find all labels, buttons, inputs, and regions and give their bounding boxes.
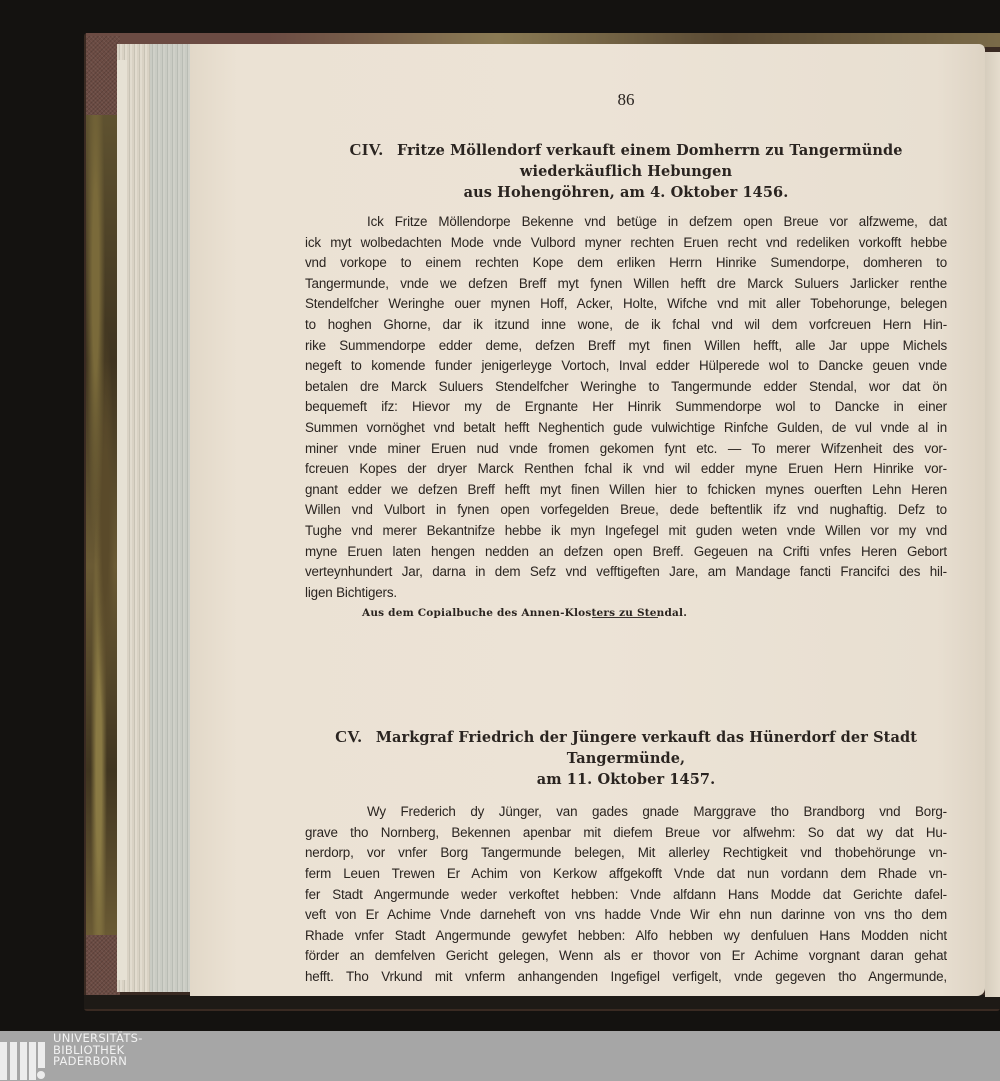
text-line: Tughe vnd merer Bekantnifze hebbe ik myn… <box>305 521 947 542</box>
text-line: Ick Fritze Möllendorpe Bekenne vnd betüg… <box>305 212 947 233</box>
text-line: ick myt wolbedachten Mode vnde Vulbord m… <box>305 233 947 254</box>
text-line: Wy Frederich dy Jünger, van gades gnade … <box>305 802 947 823</box>
text-line: fer Stadt Angermunde weder verkoftet heb… <box>305 885 947 906</box>
logo-line3: PADERBORN <box>53 1056 143 1068</box>
section-civ-title-line1: Fritze Möllendorf verkauft einem Domherr… <box>397 142 903 180</box>
text-line: nerdorp, vor vnfer Borg Tangermunde bele… <box>305 843 947 864</box>
text-line: Summen vornöghet vnd betalt hefft Neghen… <box>305 418 947 439</box>
section-civ-numeral: CIV. <box>349 140 383 159</box>
section-divider <box>592 617 658 618</box>
library-logo-dot <box>37 1071 45 1079</box>
section-cv-text: Wy Frederich dy Jünger, van gades gnade … <box>305 802 947 987</box>
text-line: Tangermunde, vnde we defzen Breff myt fy… <box>305 274 947 295</box>
text-line: to hoghen Ghorne, dar ik itzund inne won… <box>305 315 947 336</box>
text-line: negeft to komende funder jenigerleyge Vo… <box>305 356 947 377</box>
text-line: bequemeft ifz: Hievor my de Ergnante Her… <box>305 397 947 418</box>
section-cv-title-line2: am 11. Oktober 1457. <box>537 771 716 788</box>
text-line: förder an demfelven Gericht gelegen, Wen… <box>305 946 947 967</box>
text-line: Willen vnd Vulbort in fynen open vorfege… <box>305 500 947 521</box>
text-line: rike Summendorpe edder deme, defzen Bref… <box>305 336 947 357</box>
text-line: vnd vorkope to einem rechten Kope dem er… <box>305 253 947 274</box>
footer-bar <box>0 1031 1000 1081</box>
text-line: verteynhundert Jar, darna in dem Sefz vn… <box>305 562 947 583</box>
page-number: 86 <box>305 90 947 114</box>
text-line: fcreuen Kopes der dryer Marck Renthen fc… <box>305 459 947 480</box>
text-line: gnant edder we defzen Breff hefft myt fi… <box>305 480 947 501</box>
text-line: ligen Bichtigers. <box>305 583 947 604</box>
text-line: Stendelfcher Weringhe ouer mynen Hoff, A… <box>305 294 947 315</box>
text-line: miner vnde miner Eruen nud vnde fromen g… <box>305 439 947 460</box>
page-stack-edge <box>117 60 127 980</box>
section-civ-title-line2: aus Hohengöhren, am 4. Oktober 1456. <box>464 184 789 201</box>
text-line: Rhade vnfer Stadt Angermunde gewyfet heb… <box>305 926 947 947</box>
page-content: 86 CIV.Fritze Möllendorf verkauft einem … <box>305 90 947 988</box>
text-line: hefft. Tho Vrkund mit vnferm anhangenden… <box>305 967 947 988</box>
next-page-edge <box>985 52 1000 997</box>
text-line: myne Eruen laten hengen nedden an defzen… <box>305 542 947 563</box>
section-civ-text: Ick Fritze Möllendorpe Bekenne vnd betüg… <box>305 212 947 603</box>
section-cv-heading: CV.Markgraf Friedrich der Jüngere verkau… <box>305 727 947 790</box>
text-line: grave tho Nornberg, Bekennen apenbar mit… <box>305 823 947 844</box>
text-line: ferm Leuen Trewen Er Achim von Kerkow af… <box>305 864 947 885</box>
section-cv-numeral: CV. <box>335 727 362 746</box>
section-civ-heading: CIV.Fritze Möllendorf verkauft einem Dom… <box>305 140 947 203</box>
text-line: veft von Er Achime Vnde darneheft von vn… <box>305 905 947 926</box>
book-cover-marbled-paper <box>86 115 118 935</box>
book-cover-bottom-edge <box>84 995 1000 1009</box>
text-line: betalen dre Marck Suluers Stendelfcher W… <box>305 377 947 398</box>
library-logo-text: UNIVERSITÄTS- BIBLIOTHEK PADERBORN <box>53 1033 143 1068</box>
section-cv-title-line1: Markgraf Friedrich der Jüngere verkauft … <box>376 729 917 767</box>
page-stack-shadow <box>150 44 190 992</box>
